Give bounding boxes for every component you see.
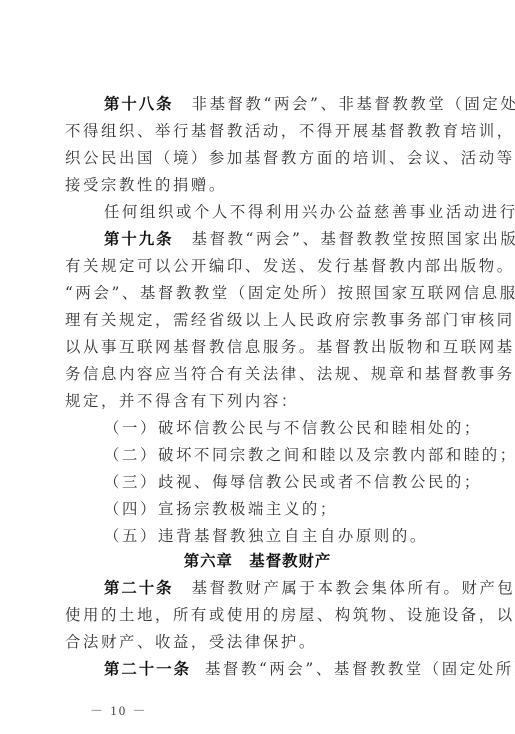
article-heading: 第十九条	[104, 230, 174, 248]
article-18-line-1: 第十八条非基督教“两会”、非基督教教堂（固定处所）	[104, 91, 457, 118]
article-19-line-6: 务信息内容应当符合有关法律、法规、规章和基督教事务的相关	[65, 361, 457, 388]
article-18-line-3: 织公民出国（境）参加基督教方面的培训、会议、活动等，不得	[65, 145, 457, 172]
article-20-line-2: 使用的土地，所有或使用的房屋、构筑物、设施设备，以及其他	[65, 602, 457, 629]
article-heading: 第二十一条	[104, 660, 191, 678]
page-number: － 10 －	[90, 700, 148, 719]
chapter-title: 第六章 基督教财产	[0, 548, 515, 575]
document-page: 第十八条非基督教“两会”、非基督教教堂（固定处所） 不得组织、举行基督教活动，不…	[0, 0, 515, 734]
list-item-5: （五）违背基督教独立自主自办原则的。	[104, 523, 457, 550]
article-19-line-2: 有关规定可以公开编印、发送、发行基督教内部出版物。基督教	[65, 253, 457, 280]
article-19-line-3: “两会”、基督教教堂（固定处所）按照国家互联网信息服务管	[65, 280, 457, 307]
article-20-line-1: 第二十条基督教财产属于本教会集体所有。财产包括合法	[104, 575, 457, 602]
article-19-line-7: 规定，并不得含有下列内容：	[65, 388, 457, 415]
list-item-4: （四）宣扬宗教极端主义的；	[104, 496, 457, 523]
article-21-line-1: 第二十一条基督教“两会”、基督教教堂（固定处所）所	[104, 656, 457, 683]
article-19-line-4: 理有关规定，需经省级以上人民政府宗教事务部门审核同意，可	[65, 307, 457, 334]
list-item-2: （二）破坏不同宗教之间和睦以及宗教内部和睦的；	[104, 442, 457, 469]
article-heading: 第十八条	[104, 95, 174, 113]
article-19-line-1: 第十九条基督教“两会”、基督教教堂按照国家出版管理	[104, 226, 457, 253]
list-item-1: （一）破坏信教公民与不信教公民和睦相处的；	[104, 415, 457, 442]
article-20-line-3: 合法财产、收益，受法律保护。	[65, 629, 457, 656]
article-18-line-2: 不得组织、举行基督教活动，不得开展基督教教育培训，不得组	[65, 118, 457, 145]
article-heading: 第二十条	[104, 579, 174, 597]
article-18-para-2: 任何组织或个人不得利用兴办公益慈善事业活动进行传教。	[104, 199, 457, 226]
list-item-3: （三）歧视、侮辱信教公民或者不信教公民的；	[104, 469, 457, 496]
article-18-line-4: 接受宗教性的捐赠。	[65, 172, 457, 199]
article-19-line-5: 以从事互联网基督教信息服务。基督教出版物和互联网基督教服	[65, 334, 457, 361]
